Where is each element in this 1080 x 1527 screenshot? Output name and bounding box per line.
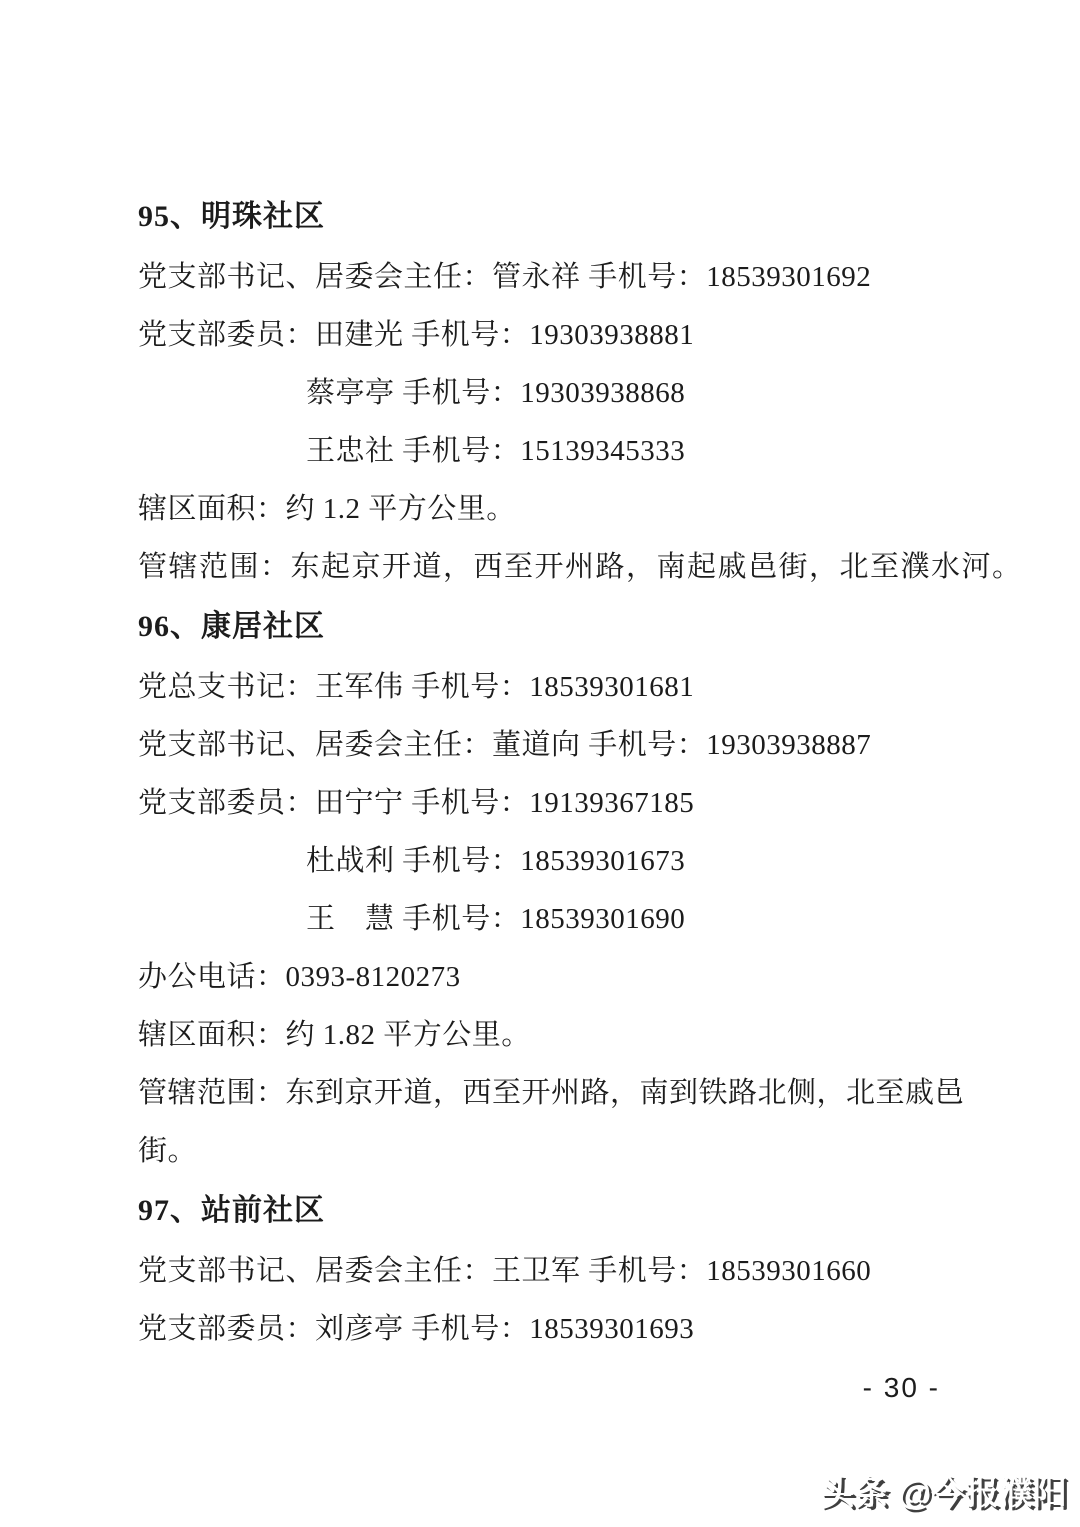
watermark: 头条 @今报濮阳 头条 @今报濮阳 [823, 1468, 1070, 1517]
section-97-heading: 97、站前社区 [138, 1182, 962, 1240]
boundary-line-continued: 街。 [138, 1122, 962, 1180]
contact-line: 党支部委员：田宁宁 手机号：19139367185 [138, 774, 962, 832]
contact-line: 党支部书记、居委会主任：管永祥 手机号：18539301692 [138, 248, 962, 306]
contact-line: 党总支书记：王军伟 手机号：18539301681 [138, 658, 962, 716]
section-95-heading: 95、明珠社区 [138, 188, 962, 246]
contact-line: 蔡亭亭 手机号：19303938868 [138, 364, 962, 422]
area-line: 辖区面积：约 1.82 平方公里。 [138, 1006, 962, 1064]
document-page: 95、明珠社区 党支部书记、居委会主任：管永祥 手机号：18539301692 … [0, 0, 1080, 1527]
contact-line: 党支部书记、居委会主任：王卫军 手机号：18539301660 [138, 1242, 962, 1300]
watermark-text: 头条 @今报濮阳 [823, 1468, 1070, 1517]
community-directory: 95、明珠社区 党支部书记、居委会主任：管永祥 手机号：18539301692 … [0, 0, 1080, 1358]
section-96-heading: 96、康居社区 [138, 598, 962, 656]
contact-line: 王忠社 手机号：15139345333 [138, 422, 962, 480]
contact-line: 党支部书记、居委会主任：董道向 手机号：19303938887 [138, 716, 962, 774]
contact-line: 杜战利 手机号：18539301673 [138, 832, 962, 890]
boundary-line: 管辖范围：东到京开道，西至开州路，南到铁路北侧，北至戚邑 [138, 1064, 962, 1122]
boundary-line: 管辖范围：东起京开道，西至开州路，南起戚邑街，北至濮水河。 [138, 538, 962, 596]
contact-line: 党支部委员：田建光 手机号：19303938881 [138, 306, 962, 364]
office-phone-line: 办公电话：0393-8120273 [138, 948, 962, 1006]
area-line: 辖区面积：约 1.2 平方公里。 [138, 480, 962, 538]
contact-line: 王 慧 手机号：18539301690 [138, 890, 962, 948]
contact-line: 党支部委员：刘彦亭 手机号：18539301693 [138, 1300, 962, 1358]
page-number: - 30 - [0, 1372, 940, 1404]
